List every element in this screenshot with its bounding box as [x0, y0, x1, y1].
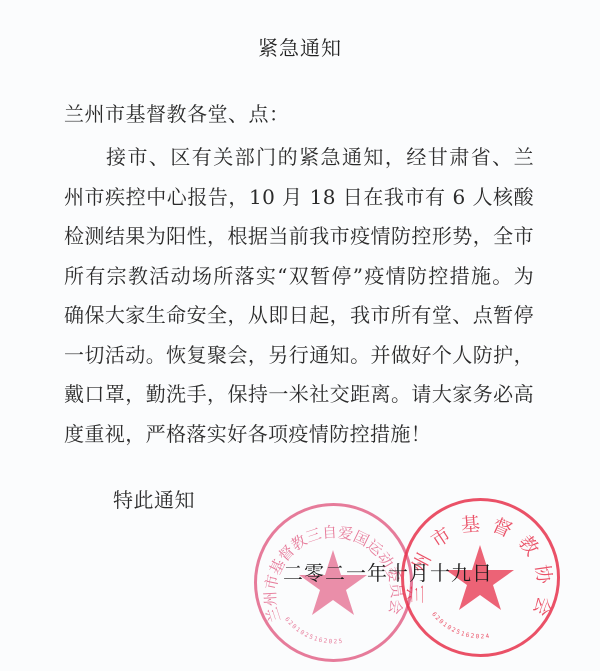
left-stamp-serial: 6201025162025 — [283, 616, 344, 646]
document-title: 紧急通知 — [0, 32, 600, 61]
notice-body: 接市、区有关部门的紧急通知，经甘肃省、兰州市疾控中心报告，10 月 18 日在我… — [64, 138, 534, 454]
svg-text:6201025162025: 6201025162025 — [283, 616, 344, 646]
svg-text:6201025162024: 6201025162024 — [430, 611, 491, 641]
right-stamp-serial: 6201025162024 — [430, 611, 491, 641]
notice-date: 二零二一年十月十九日 — [283, 557, 493, 586]
salutation: 兰州市基督教各堂、点： — [64, 98, 290, 127]
closing-remark: 特此通知 — [113, 484, 195, 513]
